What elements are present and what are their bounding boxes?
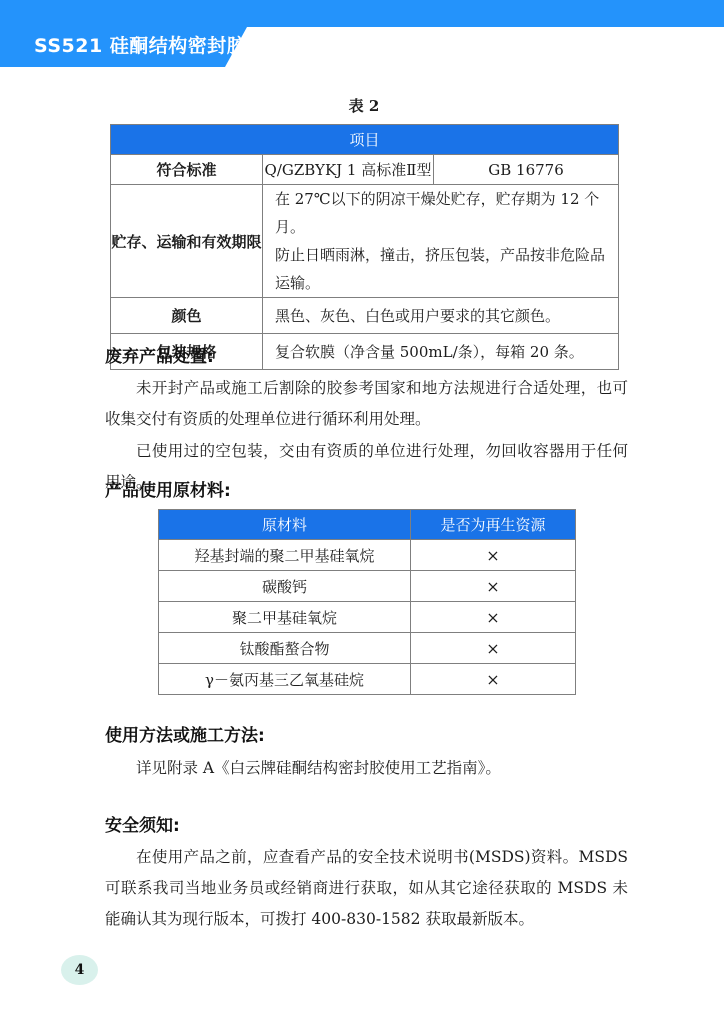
spec-table-caption: 表 2 — [110, 95, 618, 116]
materials-col1-header: 原材料 — [159, 510, 411, 540]
safety-paragraph: 在使用产品之前，应查看产品的安全技术说明书(MSDS)资料。MSDS 可联系我司… — [105, 842, 628, 935]
materials-table-header-row: 原材料 是否为再生资源 — [159, 510, 576, 540]
usage-section-heading: 使用方法或施工方法: — [105, 721, 265, 746]
page-number: 4 — [75, 962, 85, 978]
spec-row-packing-value: 复合软膜（净含量 500mL/条），每箱 20 条。 — [263, 334, 619, 370]
table-row: 符合标准 Q/GZBYKJ 1 高标准Ⅱ型 GB 16776 — [111, 155, 619, 185]
material-name: 聚二甲基硅氧烷 — [159, 602, 411, 633]
material-recycled-mark: × — [411, 633, 576, 664]
usage-paragraph: 详见附录 A《白云牌硅酮结构密封胶使用工艺指南》。 — [105, 753, 628, 784]
table-row: 碳酸钙 × — [159, 571, 576, 602]
spec-table: 项目 符合标准 Q/GZBYKJ 1 高标准Ⅱ型 GB 16776 贮存、运输和… — [110, 124, 619, 370]
spec-row-standard-value1: Q/GZBYKJ 1 高标准Ⅱ型 — [263, 155, 434, 185]
material-name: γ－氨丙基三乙氧基硅烷 — [159, 664, 411, 695]
materials-section-heading: 产品使用原材料: — [105, 476, 231, 501]
storage-line-1: 在 27℃以下的阴凉干燥处贮存，贮存期为 12 个月。 — [275, 185, 618, 241]
spec-row-color-value: 黑色、灰色、白色或用户要求的其它颜色。 — [263, 298, 619, 334]
material-name: 钛酸酯螯合物 — [159, 633, 411, 664]
material-recycled-mark: × — [411, 540, 576, 571]
materials-col2-header: 是否为再生资源 — [411, 510, 576, 540]
material-name: 碳酸钙 — [159, 571, 411, 602]
page-number-badge: 4 — [61, 955, 98, 985]
table-row: γ－氨丙基三乙氧基硅烷 × — [159, 664, 576, 695]
disposal-paragraph-1: 未开封产品或施工后割除的胶参考国家和地方法规进行合适处理，也可收集交付有资质的处… — [105, 373, 628, 435]
table-row: 颜色 黑色、灰色、白色或用户要求的其它颜色。 — [111, 298, 619, 334]
table-row: 贮存、运输和有效期限 在 27℃以下的阴凉干燥处贮存，贮存期为 12 个月。 防… — [111, 185, 619, 298]
table-row: 钛酸酯螯合物 × — [159, 633, 576, 664]
spec-row-standard-value2: GB 16776 — [434, 155, 619, 185]
table-row: 聚二甲基硅氧烷 × — [159, 602, 576, 633]
material-name: 羟基封端的聚二甲基硅氧烷 — [159, 540, 411, 571]
safety-section-heading: 安全须知: — [105, 811, 180, 836]
material-recycled-mark: × — [411, 602, 576, 633]
disposal-section-heading: 废弃产品处置: — [105, 342, 214, 367]
spec-table-header-row: 项目 — [111, 125, 619, 155]
spec-row-storage-label: 贮存、运输和有效期限 — [111, 185, 263, 298]
document-title: SS521 硅酮结构密封胶 — [34, 31, 246, 58]
spec-row-standard-label: 符合标准 — [111, 155, 263, 185]
spec-row-storage-value: 在 27℃以下的阴凉干燥处贮存，贮存期为 12 个月。 防止日晒雨淋，撞击，挤压… — [263, 185, 619, 298]
material-recycled-mark: × — [411, 664, 576, 695]
table-row: 羟基封端的聚二甲基硅氧烷 × — [159, 540, 576, 571]
storage-line-2: 防止日晒雨淋，撞击，挤压包装，产品按非危险品运输。 — [275, 241, 618, 297]
material-recycled-mark: × — [411, 571, 576, 602]
spec-table-header-cell: 项目 — [111, 125, 619, 155]
materials-table: 原材料 是否为再生资源 羟基封端的聚二甲基硅氧烷 × 碳酸钙 × 聚二甲基硅氧烷… — [158, 509, 576, 695]
spec-row-color-label: 颜色 — [111, 298, 263, 334]
